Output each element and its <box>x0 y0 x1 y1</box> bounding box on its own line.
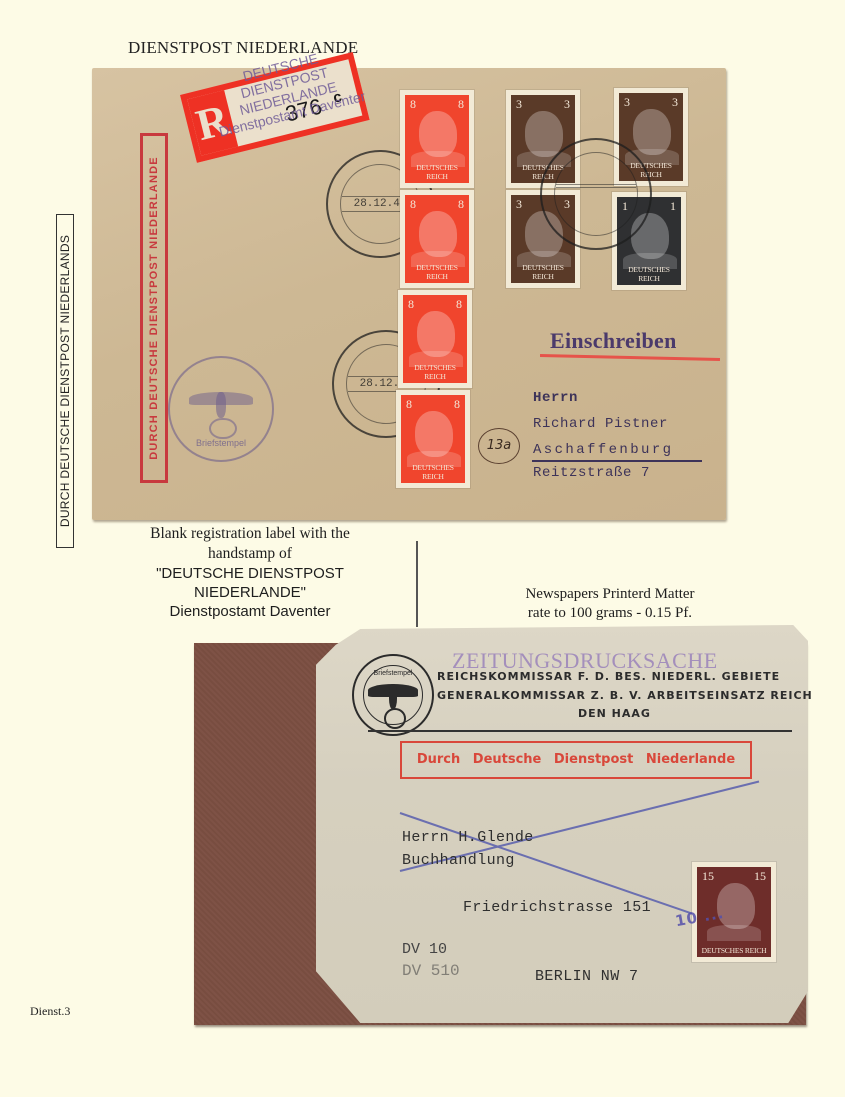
side-label-text: DURCH DEUTSCHE DIENSTPOST NIEDERLANDS <box>58 235 72 527</box>
eagle-icon <box>368 684 418 726</box>
caption-newspaper-rate: Newspapers Printerd Matter rate to 100 g… <box>480 585 740 623</box>
caption-divider <box>416 541 418 627</box>
dienstpost-frame-text: Durch Deutsche Dienstpost Niederlande <box>417 752 735 767</box>
page-reference: Dienst.3 <box>30 1004 70 1019</box>
address-line: Aschaffenburg <box>533 442 673 458</box>
address-line: Reitzstraße 7 <box>533 465 650 481</box>
stamp-8pf: 88 DEUTSCHES REICH <box>398 290 472 388</box>
stamp-design: 88 DEUTSCHES REICH <box>405 195 469 283</box>
stamp-design: 88 DEUTSCHES REICH <box>403 295 467 383</box>
address-line: Herrn <box>533 390 578 406</box>
letterhead-line: REICHSKOMMISSAR F. D. BES. NIEDERL. GEBI… <box>437 670 780 683</box>
eagle-icon <box>189 392 253 436</box>
red-frame-handstamp: DURCH DEUTSCHE DIENSTPOST NIEDERLANDE <box>140 133 168 483</box>
address-line: Herrn H.Glende <box>402 829 534 846</box>
eagle-seal-black: Briefstempel <box>352 654 434 736</box>
delivery-code: DV 10 <box>402 941 447 958</box>
address-line: BERLIN NW 7 <box>535 968 638 985</box>
eagle-seal-violet: Briefstempel <box>168 356 274 462</box>
side-label-box: DURCH DEUTSCHE DIENSTPOST NIEDERLANDS <box>56 214 74 548</box>
stamp-design: 88 DEUTSCHES REICH <box>405 95 469 183</box>
dienstpost-frame: Durch Deutsche Dienstpost Niederlande <box>400 741 752 779</box>
address-line: Richard Pistner <box>533 416 668 432</box>
postmark <box>540 138 652 250</box>
caption-registration: Blank registration label with the handst… <box>100 524 400 621</box>
delivery-code: DV 510 <box>402 962 460 980</box>
stamp-8pf: 88 DEUTSCHES REICH <box>400 190 474 288</box>
seal-bottom-text: Briefstempel <box>170 438 272 448</box>
address-underline <box>532 460 702 462</box>
pencil-note: 13a <box>478 428 520 464</box>
stamp-8pf: 88 DEUTSCHES REICH <box>400 90 474 188</box>
address-line: Buchhandlung <box>402 852 515 869</box>
stamp-8pf: 88 DEUTSCHES REICH <box>396 390 470 488</box>
letterhead-line: DEN HAAG <box>578 707 651 720</box>
seal-center-text: Briefstempel <box>354 670 432 677</box>
stamp-design: 88 DEUTSCHES REICH <box>401 395 465 483</box>
address-line: Friedrichstrasse 151 <box>463 899 651 916</box>
service-marking: Einschreiben <box>550 328 677 354</box>
letterhead-line: GENERALKOMMISSAR Z. B. V. ARBEITSEINSATZ… <box>437 689 813 702</box>
letterhead-rule <box>368 730 792 732</box>
postmark-date <box>556 184 636 188</box>
red-frame-text: DURCH DEUTSCHE DIENSTPOST NIEDERLANDE <box>148 156 160 460</box>
